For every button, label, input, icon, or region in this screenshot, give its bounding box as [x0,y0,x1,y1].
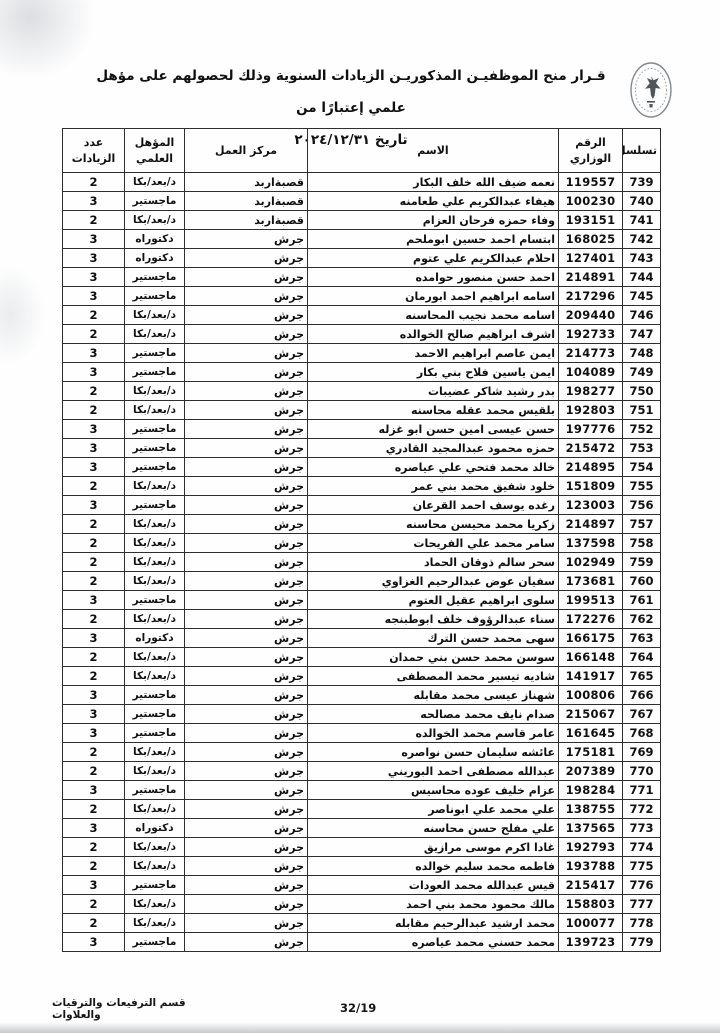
cell-increments: 3 [63,439,125,458]
cell-work-center: جرش [185,819,308,838]
table-row: 743 127401 احلام عبدالكريم علي عتوم جرش … [63,249,661,268]
table-row: 752 197776 حسن عيسى امين حسن ابو غزله جر… [63,420,661,439]
cell-ministry-number: 166175 [559,629,623,648]
cell-employee-name: ايمن ياسين فلاح بني بكار [308,363,559,382]
cell-increments: 3 [63,591,125,610]
cell-ministry-number: 214897 [559,515,623,534]
cell-qualification: د/بعد/بكا [125,534,185,553]
cell-work-center: جرش [185,667,308,686]
cell-qualification: د/بعد/بكا [125,382,185,401]
table-row: 756 123003 رغده يوسف احمد القرعان جرش ما… [63,496,661,515]
cell-increments: 2 [63,401,125,420]
cell-increments: 3 [63,686,125,705]
cell-work-center: قصبةاربد [185,173,308,192]
cell-serial: 778 [623,914,661,933]
cell-ministry-number: 173681 [559,572,623,591]
cell-work-center: جرش [185,933,308,952]
table-header-row: تسلسل الرقم الوزاري الاسم مركز العمل الم… [63,129,661,173]
cell-qualification: د/بعد/بكا [125,306,185,325]
cell-employee-name: سلوى ابراهيم عقيل العتوم [308,591,559,610]
cell-qualification: د/بعد/بكا [125,553,185,572]
cell-serial: 761 [623,591,661,610]
cell-qualification: ماجستير [125,781,185,800]
cell-employee-name: احلام عبدالكريم علي عتوم [308,249,559,268]
cell-qualification: ماجستير [125,876,185,895]
cell-employee-name: غادا اكرم موسى مرازيق [308,838,559,857]
table-row: 778 100077 محمد ارشيد عبدالرحيم مقابله ج… [63,914,661,933]
cell-serial: 757 [623,515,661,534]
cell-increments: 2 [63,648,125,667]
cell-ministry-number: 139723 [559,933,623,952]
cell-qualification: ماجستير [125,192,185,211]
cell-serial: 758 [623,534,661,553]
cell-qualification: ماجستير [125,933,185,952]
cell-serial: 748 [623,344,661,363]
cell-increments: 3 [63,458,125,477]
employees-table-wrap: تسلسل الرقم الوزاري الاسم مركز العمل الم… [63,128,661,952]
cell-increments: 3 [63,268,125,287]
cell-employee-name: علي محمد علي ابوناصر [308,800,559,819]
cell-employee-name: سامر محمد علي الفريحات [308,534,559,553]
cell-increments: 3 [63,819,125,838]
table-row: 764 166148 سوسن محمد حسن بني حمدان جرش د… [63,648,661,667]
cell-employee-name: اشرف ابراهيم صالح الخوالده [308,325,559,344]
cell-increments: 2 [63,173,125,192]
cell-ministry-number: 158803 [559,895,623,914]
cell-qualification: دكتوراه [125,249,185,268]
cell-employee-name: قيس عبدالله محمد العودات [308,876,559,895]
cell-ministry-number: 199513 [559,591,623,610]
cell-qualification: د/بعد/بكا [125,762,185,781]
table-row: 770 207389 عبدالله مصطفى احمد البوريني ج… [63,762,661,781]
table-row: 772 138755 علي محمد علي ابوناصر جرش د/بع… [63,800,661,819]
scanned-page: قـرار منح الموظفيـن المذكوريـن الزيادات … [0,0,720,1033]
cell-increments: 3 [63,724,125,743]
cell-work-center: جرش [185,591,308,610]
cell-increments: 3 [63,363,125,382]
cell-work-center: جرش [185,553,308,572]
cell-ministry-number: 198277 [559,382,623,401]
table-row: 749 104089 ايمن ياسين فلاح بني بكار جرش … [63,363,661,382]
cell-increments: 3 [63,705,125,724]
cell-increments: 2 [63,515,125,534]
table-row: 751 192803 بلقيس محمد عقله محاسنه جرش د/… [63,401,661,420]
table-row: 744 214891 احمد حسن منصور حوامده جرش ماج… [63,268,661,287]
cell-employee-name: عامر قاسم محمد الخوالده [308,724,559,743]
cell-work-center: جرش [185,439,308,458]
cell-work-center: جرش [185,306,308,325]
cell-employee-name: صدام نايف محمد مصالحه [308,705,559,724]
cell-work-center: جرش [185,743,308,762]
table-row: 773 137565 علي مفلح حسن محاسنه جرش دكتور… [63,819,661,838]
cell-increments: 3 [63,344,125,363]
page-number: 32/19 [340,1001,376,1015]
table-header: تسلسل الرقم الوزاري الاسم مركز العمل الم… [63,129,661,173]
cell-employee-name: عزام خليف عوده محاسيس [308,781,559,800]
cell-serial: 774 [623,838,661,857]
cell-ministry-number: 193151 [559,211,623,230]
cell-qualification: د/بعد/بكا [125,477,185,496]
cell-ministry-number: 172276 [559,610,623,629]
cell-work-center: جرش [185,325,308,344]
cell-work-center: جرش [185,458,308,477]
cell-ministry-number: 192803 [559,401,623,420]
table-row: 748 214773 ايمن عاصم ابراهيم الاحمد جرش … [63,344,661,363]
scan-artifact-left [0,265,45,365]
cell-ministry-number: 100230 [559,192,623,211]
table-row: 776 215417 قيس عبدالله محمد العودات جرش … [63,876,661,895]
table-row: 747 192733 اشرف ابراهيم صالح الخوالده جر… [63,325,661,344]
cell-employee-name: محمد حسني محمد عياصره [308,933,559,952]
table-row: 755 151809 خلود شفيق محمد بني عمر جرش د/… [63,477,661,496]
cell-qualification: د/بعد/بكا [125,572,185,591]
cell-ministry-number: 217296 [559,287,623,306]
cell-work-center: جرش [185,857,308,876]
cell-work-center: جرش [185,268,308,287]
cell-work-center: جرش [185,781,308,800]
table-row: 766 100806 شهناز عيسى محمد مقابله جرش ما… [63,686,661,705]
cell-employee-name: بدر رشيد شاكر عضيبات [308,382,559,401]
scan-artifact-top-left [0,0,95,80]
cell-ministry-number: 168025 [559,230,623,249]
cell-increments: 2 [63,325,125,344]
cell-work-center: جرش [185,686,308,705]
cell-ministry-number: 119557 [559,173,623,192]
cell-serial: 739 [623,173,661,192]
col-header-serial: تسلسل [623,129,661,173]
cell-increments: 3 [63,287,125,306]
cell-ministry-number: 214773 [559,344,623,363]
cell-qualification: د/بعد/بكا [125,173,185,192]
cell-increments: 2 [63,895,125,914]
cell-serial: 765 [623,667,661,686]
cell-employee-name: شاديه تيسير محمد المصطفى [308,667,559,686]
col-header-work-center: مركز العمل [185,129,308,173]
cell-employee-name: نعمه ضيف الله خلف البكار [308,173,559,192]
cell-ministry-number: 175181 [559,743,623,762]
cell-employee-name: اسامه ابراهيم احمد ابورمان [308,287,559,306]
cell-employee-name: حمزه محمود عبدالمجيد القادري [308,439,559,458]
cell-work-center: قصبةاربد [185,192,308,211]
cell-ministry-number: 151809 [559,477,623,496]
table-row: 746 209440 اسامه محمد نجيب المحاسنه جرش … [63,306,661,325]
cell-employee-name: سناء عبدالرؤوف خلف ابوطبنجه [308,610,559,629]
cell-serial: 755 [623,477,661,496]
cell-serial: 760 [623,572,661,591]
cell-employee-name: سوسن محمد حسن بني حمدان [308,648,559,667]
table-row: 745 217296 اسامه ابراهيم احمد ابورمان جر… [63,287,661,306]
cell-qualification: د/بعد/بكا [125,838,185,857]
cell-employee-name: زكريا محمد محيسن محاسنه [308,515,559,534]
cell-increments: 2 [63,382,125,401]
cell-qualification: د/بعد/بكا [125,743,185,762]
cell-ministry-number: 102949 [559,553,623,572]
cell-employee-name: ابتسام احمد حسين ابوملحم [308,230,559,249]
footer-department: قسم الترفيعات والترقيات والعلاوات [52,997,224,1021]
cell-increments: 3 [63,933,125,952]
cell-increments: 3 [63,420,125,439]
cell-serial: 756 [623,496,661,515]
cell-serial: 749 [623,363,661,382]
cell-work-center: جرش [185,800,308,819]
cell-increments: 2 [63,553,125,572]
table-row: 739 119557 نعمه ضيف الله خلف البكار قصبة… [63,173,661,192]
cell-work-center: جرش [185,287,308,306]
cell-increments: 3 [63,496,125,515]
cell-serial: 772 [623,800,661,819]
cell-serial: 777 [623,895,661,914]
cell-qualification: د/بعد/بكا [125,667,185,686]
cell-employee-name: وفاء حمزه فرحان العزام [308,211,559,230]
cell-qualification: ماجستير [125,344,185,363]
cell-serial: 769 [623,743,661,762]
cell-employee-name: اسامه محمد نجيب المحاسنه [308,306,559,325]
cell-employee-name: احمد حسن منصور حوامده [308,268,559,287]
cell-increments: 3 [63,629,125,648]
cell-employee-name: خالد محمد فتحي علي عياصره [308,458,559,477]
cell-work-center: جرش [185,762,308,781]
table-row: 740 100230 هيفاء عبدالكريم علي طعامنه قص… [63,192,661,211]
cell-employee-name: شهناز عيسى محمد مقابله [308,686,559,705]
cell-ministry-number: 192733 [559,325,623,344]
cell-serial: 752 [623,420,661,439]
cell-qualification: ماجستير [125,724,185,743]
cell-serial: 771 [623,781,661,800]
cell-serial: 766 [623,686,661,705]
cell-qualification: د/بعد/بكا [125,325,185,344]
cell-ministry-number: 127401 [559,249,623,268]
cell-employee-name: سفيان عوض عبدالرحيم الغزاوي [308,572,559,591]
table-row: 779 139723 محمد حسني محمد عياصره جرش ماج… [63,933,661,952]
cell-increments: 3 [63,192,125,211]
cell-work-center: جرش [185,914,308,933]
cell-serial: 751 [623,401,661,420]
cell-ministry-number: 137598 [559,534,623,553]
cell-work-center: جرش [185,401,308,420]
cell-serial: 775 [623,857,661,876]
cell-serial: 745 [623,287,661,306]
cell-increments: 3 [63,876,125,895]
cell-ministry-number: 100077 [559,914,623,933]
cell-qualification: ماجستير [125,439,185,458]
cell-increments: 3 [63,781,125,800]
table-row: 771 198284 عزام خليف عوده محاسيس جرش ماج… [63,781,661,800]
cell-increments: 2 [63,857,125,876]
cell-increments: 3 [63,249,125,268]
cell-ministry-number: 215417 [559,876,623,895]
cell-serial: 747 [623,325,661,344]
cell-ministry-number: 209440 [559,306,623,325]
cell-qualification: ماجستير [125,591,185,610]
cell-work-center: جرش [185,724,308,743]
cell-serial: 742 [623,230,661,249]
cell-increments: 2 [63,534,125,553]
cell-serial: 754 [623,458,661,477]
cell-serial: 767 [623,705,661,724]
cell-work-center: جرش [185,344,308,363]
cell-serial: 773 [623,819,661,838]
cell-work-center: جرش [185,382,308,401]
table-row: 753 215472 حمزه محمود عبدالمجيد القادري … [63,439,661,458]
cell-work-center: جرش [185,477,308,496]
cell-qualification: ماجستير [125,268,185,287]
cell-ministry-number: 104089 [559,363,623,382]
cell-qualification: د/بعد/بكا [125,800,185,819]
cell-qualification: د/بعد/بكا [125,648,185,667]
table-row: 761 199513 سلوى ابراهيم عقيل العتوم جرش … [63,591,661,610]
cell-ministry-number: 192793 [559,838,623,857]
table-row: 777 158803 مالك محمود محمد بني احمد جرش … [63,895,661,914]
cell-ministry-number: 197776 [559,420,623,439]
col-header-increments: عدد الزيادات [63,129,125,173]
cell-qualification: د/بعد/بكا [125,914,185,933]
cell-employee-name: فاطمه محمد سليم خوالده [308,857,559,876]
cell-increments: 2 [63,914,125,933]
cell-work-center: جرش [185,648,308,667]
cell-serial: 779 [623,933,661,952]
cell-work-center: جرش [185,420,308,439]
cell-qualification: ماجستير [125,458,185,477]
cell-ministry-number: 100806 [559,686,623,705]
cell-ministry-number: 166148 [559,648,623,667]
col-header-qualification: المؤهل العلمي [125,129,185,173]
cell-employee-name: ايمن عاصم ابراهيم الاحمد [308,344,559,363]
cell-qualification: ماجستير [125,686,185,705]
cell-employee-name: رغده يوسف احمد القرعان [308,496,559,515]
table-row: 750 198277 بدر رشيد شاكر عضيبات جرش د/بع… [63,382,661,401]
table-row: 758 137598 سامر محمد علي الفريحات جرش د/… [63,534,661,553]
cell-qualification: دكتوراه [125,230,185,249]
cell-serial: 768 [623,724,661,743]
cell-qualification: د/بعد/بكا [125,610,185,629]
cell-work-center: جرش [185,572,308,591]
col-header-ministry-number: الرقم الوزاري [559,129,623,173]
cell-ministry-number: 198284 [559,781,623,800]
cell-serial: 753 [623,439,661,458]
cell-employee-name: عبدالله مصطفى احمد البوريني [308,762,559,781]
cell-ministry-number: 161645 [559,724,623,743]
cell-increments: 2 [63,762,125,781]
cell-increments: 2 [63,667,125,686]
cell-employee-name: سهى محمد حسن الترك [308,629,559,648]
cell-serial: 763 [623,629,661,648]
cell-serial: 770 [623,762,661,781]
table-row: 757 214897 زكريا محمد محيسن محاسنه جرش د… [63,515,661,534]
col-header-name: الاسم [308,129,559,173]
cell-qualification: د/بعد/بكا [125,401,185,420]
cell-work-center: جرش [185,496,308,515]
cell-work-center: جرش [185,515,308,534]
cell-increments: 2 [63,610,125,629]
table-row: 774 192793 غادا اكرم موسى مرازيق جرش د/ب… [63,838,661,857]
table-row: 762 172276 سناء عبدالرؤوف خلف ابوطبنجه ج… [63,610,661,629]
cell-employee-name: عائشه سليمان حسن نواصره [308,743,559,762]
cell-work-center: جرش [185,363,308,382]
cell-work-center: جرش [185,610,308,629]
table-row: 768 161645 عامر قاسم محمد الخوالده جرش م… [63,724,661,743]
cell-ministry-number: 207389 [559,762,623,781]
cell-ministry-number: 141917 [559,667,623,686]
cell-increments: 2 [63,477,125,496]
cell-ministry-number: 215472 [559,439,623,458]
scan-edge-bottom [0,1022,720,1033]
cell-ministry-number: 214891 [559,268,623,287]
cell-serial: 744 [623,268,661,287]
table-row: 742 168025 ابتسام احمد حسين ابوملحم جرش … [63,230,661,249]
employees-table: تسلسل الرقم الوزاري الاسم مركز العمل الم… [62,128,661,952]
cell-work-center: جرش [185,230,308,249]
cell-employee-name: محمد ارشيد عبدالرحيم مقابله [308,914,559,933]
cell-work-center: جرش [185,876,308,895]
cell-ministry-number: 193788 [559,857,623,876]
cell-qualification: د/بعد/بكا [125,515,185,534]
cell-employee-name: علي مفلح حسن محاسنه [308,819,559,838]
cell-ministry-number: 215067 [559,705,623,724]
cell-qualification: د/بعد/بكا [125,857,185,876]
cell-increments: 3 [63,230,125,249]
cell-work-center: جرش [185,629,308,648]
cell-increments: 2 [63,838,125,857]
table-row: 759 102949 سحر سالم ذوقان الحماد جرش د/ب… [63,553,661,572]
cell-ministry-number: 214895 [559,458,623,477]
cell-work-center: قصبةاربد [185,211,308,230]
cell-qualification: دكتوراه [125,819,185,838]
table-row: 760 173681 سفيان عوض عبدالرحيم الغزاوي ج… [63,572,661,591]
cell-employee-name: سحر سالم ذوقان الحماد [308,553,559,572]
cell-serial: 762 [623,610,661,629]
table-row: 765 141917 شاديه تيسير محمد المصطفى جرش … [63,667,661,686]
cell-serial: 750 [623,382,661,401]
cell-serial: 743 [623,249,661,268]
cell-qualification: ماجستير [125,287,185,306]
cell-serial: 746 [623,306,661,325]
cell-employee-name: مالك محمود محمد بني احمد [308,895,559,914]
cell-work-center: جرش [185,249,308,268]
cell-increments: 2 [63,800,125,819]
ministry-emblem-icon [629,61,673,119]
cell-serial: 741 [623,211,661,230]
table-body: 739 119557 نعمه ضيف الله خلف البكار قصبة… [63,173,661,952]
document-title-line1: قـرار منح الموظفيـن المذكوريـن الزيادات … [85,60,617,124]
cell-ministry-number: 137565 [559,819,623,838]
cell-serial: 776 [623,876,661,895]
cell-increments: 2 [63,211,125,230]
cell-serial: 764 [623,648,661,667]
cell-qualification: ماجستير [125,496,185,515]
cell-employee-name: حسن عيسى امين حسن ابو غزله [308,420,559,439]
cell-work-center: جرش [185,838,308,857]
cell-employee-name: بلقيس محمد عقله محاسنه [308,401,559,420]
cell-qualification: ماجستير [125,420,185,439]
table-row: 763 166175 سهى محمد حسن الترك جرش دكتورا… [63,629,661,648]
cell-employee-name: خلود شفيق محمد بني عمر [308,477,559,496]
cell-qualification: د/بعد/بكا [125,211,185,230]
cell-qualification: دكتوراه [125,629,185,648]
cell-serial: 740 [623,192,661,211]
cell-qualification: ماجستير [125,705,185,724]
table-row: 741 193151 وفاء حمزه فرحان العزام قصبةار… [63,211,661,230]
table-row: 767 215067 صدام نايف محمد مصالحه جرش ماج… [63,705,661,724]
cell-qualification: د/بعد/بكا [125,895,185,914]
cell-employee-name: هيفاء عبدالكريم علي طعامنه [308,192,559,211]
cell-increments: 2 [63,743,125,762]
cell-work-center: جرش [185,895,308,914]
table-row: 775 193788 فاطمه محمد سليم خوالده جرش د/… [63,857,661,876]
cell-qualification: ماجستير [125,363,185,382]
cell-ministry-number: 138755 [559,800,623,819]
table-row: 769 175181 عائشه سليمان حسن نواصره جرش د… [63,743,661,762]
cell-increments: 2 [63,306,125,325]
